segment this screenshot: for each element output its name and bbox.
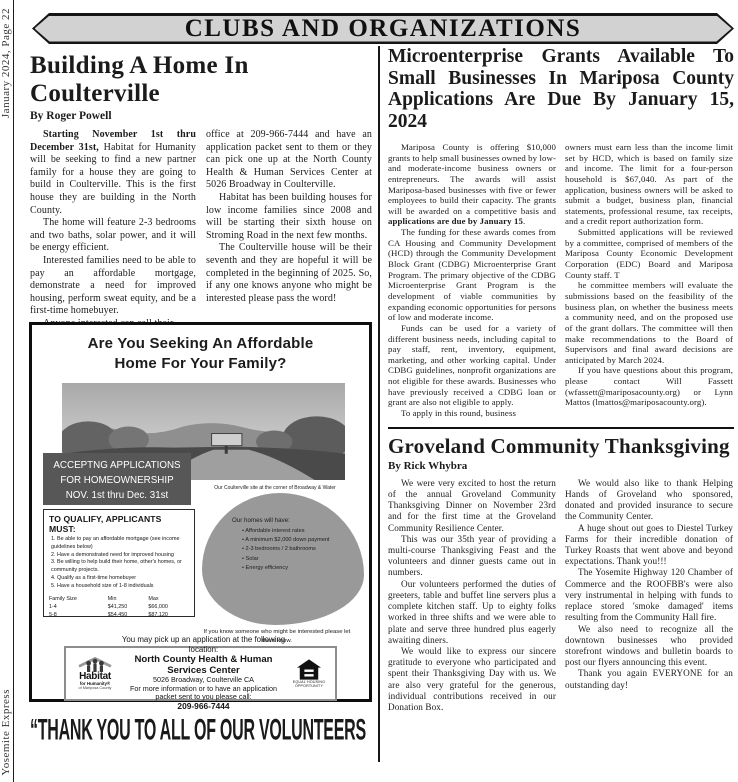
list-item: A minimum $2,000 down payment [242, 536, 358, 545]
paragraph: he committee members will evaluate the s… [565, 280, 733, 365]
equal-housing-caption: EQUAL HOUSING OPPORTUNITY [286, 680, 332, 689]
ad-title: Are You Seeking An AffordableHome For Yo… [32, 334, 369, 375]
paragraph: The funding for these awards comes from … [388, 227, 556, 323]
section-divider-line [388, 427, 734, 429]
list-item: Solar [242, 555, 358, 564]
list-item: FOR HOMEOWNERSHIP [43, 473, 191, 488]
list-item: Home For Your Family? [32, 354, 369, 374]
paragraph: Thank you again EVERYONE for an outstand… [565, 668, 733, 690]
article-column-2: office at 209-966-7444 and have an appli… [206, 129, 372, 331]
list-item: Have a household size of 1-8 individuals [51, 583, 189, 591]
paragraph: office at 209-966-7444 and have an appli… [206, 129, 372, 192]
page-edition-label: January 2024, Page 22 [0, 8, 14, 118]
list-item: Small Businesses In Mariposa County [388, 68, 734, 90]
section-banner-title: CLUBS AND ORGANIZATIONS [35, 16, 732, 42]
article-headline: Building A Home In Coulterville [30, 52, 372, 108]
list-item: NOV. 1st thru Dec. 31st [43, 488, 191, 503]
article-byline: By Rick Whybra [388, 460, 734, 472]
paragraph: owners must earn less than the income li… [565, 142, 733, 227]
article-column-2: owners must earn less than the income li… [565, 142, 733, 419]
paragraph: We also need to recognize all the downto… [565, 624, 733, 669]
article-column-1: Mariposa County is offering $10,000 gran… [388, 142, 556, 419]
application-pickup-box: Habitat for Humanity® of Mariposa County… [64, 646, 337, 701]
article-headline: Groveland Community Thanksgiving [388, 434, 734, 459]
habitat-homeownership-ad: Are You Seeking An AffordableHome For Yo… [29, 322, 372, 702]
list-item: Be willing to help build their home, oth… [51, 559, 189, 575]
pickup-location-name: North County Health & Human Services Cen… [121, 654, 286, 677]
article-groveland-thanksgiving: Groveland Community Thanksgiving By Rick… [388, 434, 734, 714]
table-row: Family SizeMinMax [49, 595, 189, 603]
paragraph: Submitted applications will be reviewed … [565, 227, 733, 280]
paragraph: We were very excited to host the return … [388, 478, 556, 534]
list-item: Have a demonstrated need for improved ho… [51, 552, 189, 560]
paragraph: Habitat has been building houses for low… [206, 192, 372, 242]
article-building-a-home: Building A Home In Coulterville By Roger… [30, 52, 372, 331]
column-divider-line [378, 46, 380, 762]
pickup-phone-number: 209-966-7444 [121, 702, 286, 712]
article-column-1: Starting November 1st thru December 31st… [30, 129, 196, 331]
paragraph: Mariposa County is offering $10,000 gran… [388, 142, 556, 227]
paragraph: To apply in this round, business [388, 408, 556, 419]
list-item: Qualify as a first-time homebuyer [51, 575, 189, 583]
paragraph: The home will feature 2-3 bedrooms and t… [30, 217, 196, 255]
paragraph: Starting November 1st thru December 31st… [30, 129, 196, 217]
habitat-for-humanity-logo: Habitat for Humanity® of Mariposa County [69, 656, 121, 690]
homes-features-bubble: Our homes will have: Affordable interest… [202, 493, 364, 625]
article-column-1: We were very excited to host the return … [388, 478, 556, 714]
list-item: Applications Are Due By January 15, 2024 [388, 89, 734, 132]
table-row: 5-8$54,450$87,120 [49, 611, 189, 619]
list-item: Be able to pay an affordable mortgage (s… [51, 536, 189, 552]
article-column-2: We would also like to thank Helping Hand… [565, 478, 733, 714]
list-item: ACCEPTNG APPLICATIONS [43, 458, 191, 473]
newspaper-page: January 2024, Page 22 Yosemite Express C… [0, 0, 738, 782]
list-item: Are You Seeking An Affordable [32, 334, 369, 354]
paragraph: Interested families need to be able to p… [30, 255, 196, 318]
article-headline: Microenterprise Grants Available ToSmall… [388, 46, 734, 132]
qualification-list: Be able to pay an affordable mortgage (s… [49, 536, 189, 591]
article-body: Starting November 1st thru December 31st… [30, 129, 372, 331]
paragraph: A huge shout out goes to Diestel Turkey … [565, 523, 733, 568]
paragraph: The Yosemite Highway 120 Chamber of Comm… [565, 567, 733, 623]
volunteers-thanks-banner: “Thank you to all of our volunteers [30, 714, 366, 749]
paragraph: Funds can be used for a variety of diffe… [388, 323, 556, 408]
list-item: 2-3 bedrooms / 2 bathrooms [242, 545, 358, 554]
equal-housing-house-icon [297, 659, 321, 680]
paragraph: We would like to express our sincere gra… [388, 646, 556, 713]
pickup-instruction: You may pick up an application at the fo… [121, 635, 286, 654]
article-byline: By Roger Powell [30, 110, 372, 122]
right-column: Microenterprise Grants Available ToSmall… [388, 46, 734, 713]
list-item: Energy efficiency [242, 564, 358, 573]
article-body: Mariposa County is offering $10,000 gran… [388, 142, 734, 419]
photo-caption: Our Coulterville site at the corner of B… [200, 485, 350, 491]
qualification-title: TO QUALIFY, APPLICANTS MUST: [49, 514, 189, 534]
paragraph: We would also like to thank Helping Hand… [565, 478, 733, 523]
income-guidelines-table: Family SizeMinMax1-4$41,250$66,0005-8$54… [49, 595, 189, 619]
section-banner: CLUBS AND ORGANIZATIONS [32, 13, 734, 44]
paragraph: If you have questions about this program… [565, 365, 733, 408]
homes-features-list: Affordable interest ratesA minimum $2,00… [232, 527, 364, 573]
paragraph: This was our 35th year of providing a mu… [388, 534, 556, 579]
table-row: 1-4$41,250$66,000 [49, 603, 189, 611]
pickup-more-info: For more information or to have an appli… [121, 685, 286, 702]
qualification-box: TO QUALIFY, APPLICANTS MUST: Be able to … [43, 509, 195, 617]
habitat-people-icon [75, 656, 115, 672]
newspaper-name-label: Yosemite Express [0, 689, 14, 776]
paragraph: The Coulterville house will be their sev… [206, 242, 372, 305]
equal-housing-logo: EQUAL HOUSING OPPORTUNITY [286, 659, 332, 689]
habitat-logo-affiliate: of Mariposa County [69, 687, 121, 691]
pickup-info: You may pick up an application at the fo… [121, 635, 286, 712]
list-item: Microenterprise Grants Available To [388, 46, 734, 68]
accepting-applications-box: ACCEPTNG APPLICATIONSFOR HOMEOWNERSHIPNO… [43, 453, 191, 505]
list-item: Affordable interest rates [242, 527, 358, 536]
paragraph: Our volunteers performed the duties of g… [388, 579, 556, 646]
article-body: We were very excited to host the return … [388, 478, 734, 714]
article-microenterprise-grants: Microenterprise Grants Available ToSmall… [388, 46, 734, 419]
homes-features-title: Our homes will have: [232, 517, 364, 524]
